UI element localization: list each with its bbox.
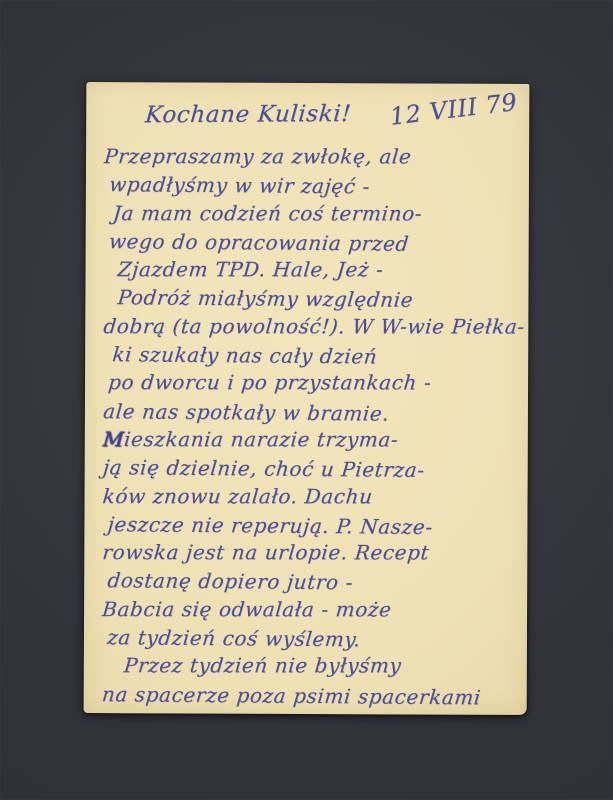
letter-line: Mieszkania narazie trzyma- — [102, 425, 525, 454]
letter-date: 12 VIII 79 — [388, 88, 519, 131]
letter-body: Przepraszamy za zwłokę, ale wpadłyśmy w … — [101, 142, 523, 710]
postcard-paper: Kochane Kuliski! 12 VIII 79 Przepraszamy… — [84, 82, 530, 715]
photo-mat-background: Kochane Kuliski! 12 VIII 79 Przepraszamy… — [0, 0, 613, 800]
letter-line: Podróż miałyśmy względnie — [116, 284, 525, 316]
letter-line: Zjazdem TPD. Hale, Jeż - — [116, 255, 525, 284]
letter-line: jeszcze nie reperują. P. Nasze- — [106, 510, 524, 542]
letter-line: wpadłyśmy w wir zajęć - — [108, 170, 526, 202]
letter-salutation: Kochane Kuliski! — [144, 101, 352, 128]
letter-line: rowska jest na urlopie. Recept — [101, 538, 524, 567]
letter-line: po dworcu i po przystankach - — [107, 369, 525, 398]
letter-line: Babcia się odwalała - może — [101, 595, 524, 624]
letter-line: ją się dzielnie, choć u Pietrza- — [102, 453, 525, 485]
letter-line: wego do opracowania przed — [108, 227, 526, 259]
letter-line: Ja mam codzień coś termino- — [112, 199, 526, 228]
letter-line: ale nas spotkały w bramie. — [102, 397, 525, 429]
letter-line: ków znowu zalało. Dachu — [102, 482, 525, 511]
letter-line: na spacerze poza psimi spacerkami — [101, 680, 524, 712]
letter-line: dostanę dopiero jutro - — [106, 567, 524, 599]
letter-headline: Kochane Kuliski! 12 VIII 79 — [86, 82, 529, 142]
letter-line: Przez tydzień nie byłyśmy — [123, 652, 524, 681]
letter-line: Przepraszamy za zwłokę, ale — [103, 142, 526, 171]
letter-line: dobrą (ta powolność!). W W-wie Piełka- — [102, 312, 525, 341]
